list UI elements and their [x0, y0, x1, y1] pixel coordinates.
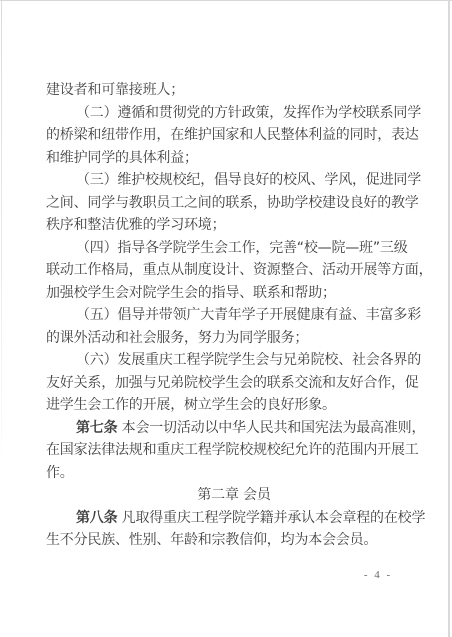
text-line: 的课外活动和社会服务，努力为同学服务； [46, 327, 422, 350]
text-line: 作。 [46, 462, 422, 485]
text-line: 加强校学生会对院学生会的指导、联系和帮助； [46, 282, 422, 305]
article-number-bold: 第八条 [76, 510, 117, 526]
text-line: （四）指导各学院学生会工作，完善“校—院—班”三级 [46, 237, 422, 260]
document-text-block: 建设者和可靠接班人；（二）遵循和贯彻党的方针政策，发挥作为学校联系同学的桥梁和纽… [46, 79, 422, 552]
text-line: 在国家法律法规和重庆工程学院校规校纪允许的范围内开展工 [46, 439, 422, 462]
text-line: 秩序和整洁优雅的学习环境； [46, 214, 422, 237]
text-line: 第七条 本会一切活动以中华人民共和国宪法为最高准则， [46, 417, 422, 440]
text-line: 建设者和可靠接班人； [46, 79, 422, 102]
scan-edge-right [448, 0, 450, 637]
page-number: - 4 - [348, 567, 408, 583]
text-line: （六）发展重庆工程学院学生会与兄弟院校、社会各界的 [46, 349, 422, 372]
text-line: 的桥梁和纽带作用，在维护国家和人民整体利益的同时，表达 [46, 124, 422, 147]
article-number-bold: 第七条 [76, 420, 117, 436]
text-line: 和维护同学的具体利益； [46, 147, 422, 170]
scan-edge-left [1, 0, 2, 637]
scan-edge-top [0, 0, 452, 1]
article-text: 本会一切活动以中华人民共和国宪法为最高准则， [117, 420, 425, 436]
document-page: 建设者和可靠接班人；（二）遵循和贯彻党的方针政策，发挥作为学校联系同学的桥梁和纽… [0, 0, 452, 637]
text-line: 之间、同学与教职员工之间的联系，协助学校建设良好的教学 [46, 192, 422, 215]
text-line: 第八条 凡取得重庆工程学院学籍并承认本会章程的在校学 [46, 507, 422, 530]
text-line: 联动工作格局，重点从制度设计、资源整合、活动开展等方面， [46, 259, 422, 282]
article-text: 凡取得重庆工程学院学籍并承认本会章程的在校学 [117, 510, 425, 526]
text-line: （五）倡导并带领广大青年学子开展健康有益、丰富多彩 [46, 304, 422, 327]
text-line: 进学生会工作的开展，树立学生会的良好形象。 [46, 394, 422, 417]
chapter-heading: 第二章 会员 [46, 484, 422, 507]
text-line: （二）遵循和贯彻党的方针政策，发挥作为学校联系同学 [46, 102, 422, 125]
text-line: （三）维护校规校纪，倡导良好的校风、学风，促进同学 [46, 169, 422, 192]
text-line: 友好关系，加强与兄弟院校学生会的联系交流和友好合作，促 [46, 372, 422, 395]
text-line: 生不分民族、性别、年龄和宗教信仰，均为本会会员。 [46, 529, 422, 552]
